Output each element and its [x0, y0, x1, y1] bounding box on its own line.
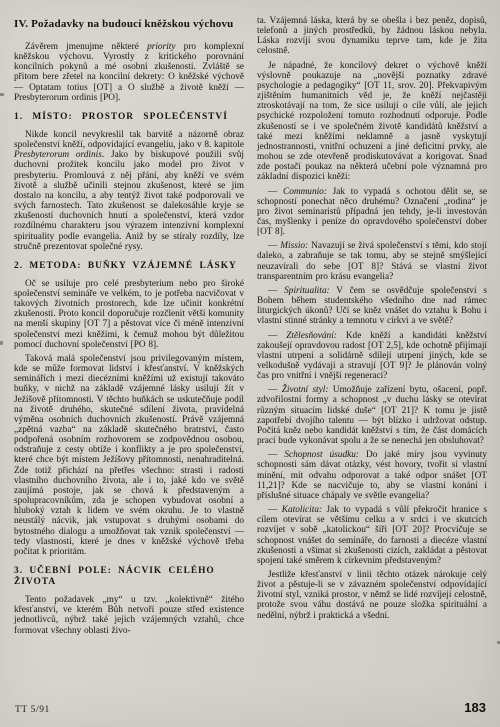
- journal-issue-label: TT 5/91: [15, 705, 50, 715]
- scanned-journal-page: IV. Požadavky na budoucí kněžskou výchov…: [0, 0, 500, 727]
- scan-artifact: [0, 341, 3, 345]
- text-run: Ztělesňování:: [286, 331, 337, 341]
- text-run: —: [268, 286, 284, 296]
- text-run: Spiritualita:: [284, 286, 329, 296]
- text-run: Communio:: [283, 187, 327, 197]
- text-run: —: [268, 241, 280, 251]
- text-run: Je nápadné, že koncilový dekret o výchov…: [257, 61, 487, 183]
- page-footer: TT 5/91 183: [15, 700, 486, 715]
- text-run: Missio:: [280, 241, 308, 251]
- paragraph-misto: Nikde koncil nevykreslil tak barvitě a n…: [14, 130, 244, 252]
- article-title: IV. Požadavky na budoucí kněžskou výchov…: [14, 18, 244, 31]
- text-run: Jestliže křesťanství v linii těchto otáz…: [257, 570, 487, 621]
- text-run: Životní styl:: [282, 385, 329, 395]
- section-heading-1-misto: 1. MÍSTO: PROSTOR SPOLEČENSTVÍ: [14, 112, 244, 123]
- paragraph-metoda-2: Taková malá společenství jsou privilegov…: [14, 354, 244, 557]
- text-run: Umožňuje zařízení bytu, ošacení, popř. z…: [257, 385, 487, 446]
- paragraph-intro: Závěrem jmenujme některé priority pro ko…: [14, 42, 244, 103]
- column-right: ta. Vzájemná láska, která by se obešla i…: [257, 16, 487, 640]
- column-left: IV. Požadavky na budoucí kněžskou výchov…: [14, 16, 244, 640]
- text-run: Závěrem jmenujme některé: [25, 42, 147, 52]
- text-run: . Jako by biskupové použili svůj duchovn…: [14, 150, 244, 251]
- text-run: —: [268, 385, 282, 395]
- paragraph-zaver: Jestliže křesťanství v linii těchto otáz…: [257, 570, 487, 621]
- text-run: priority: [147, 42, 175, 52]
- two-column-text-area: IV. Požadavky na budoucí kněžskou výchov…: [14, 16, 487, 640]
- text-run: —: [268, 450, 284, 460]
- list-item-schopnost-usudku: — Schopnost úsudku: Do jaké míry jsou vy…: [257, 450, 487, 501]
- text-run: Oč se usiluje pro celé presbyterium nebo…: [14, 279, 244, 350]
- text-run: —: [268, 187, 283, 197]
- section-heading-2-metoda: 2. METODA: BUŇKY VZÁJEMNÉ LÁSKY: [14, 261, 244, 272]
- text-run: Taková malá společenství jsou privilegov…: [14, 354, 244, 557]
- section-heading-3-ucebni-pole: 3. UČEBNÍ POLE: NÁCVIK CELÉHO ŽIVOTA: [14, 566, 244, 588]
- list-item-katolicita: — Katolicita: Jak to vypadá s vůlí překr…: [257, 505, 487, 566]
- list-item-ztelesnovani: — Ztělesňování: Kde kněží a kandidáti kn…: [257, 331, 487, 382]
- text-run: Schopnost úsudku:: [284, 450, 359, 460]
- paragraph-continuation: ta. Vzájemná láska, která by se obešla i…: [257, 16, 487, 57]
- text-run: Nikde koncil nevykreslil tak barvitě a n…: [14, 130, 244, 150]
- list-item-missio: — Missio: Navazují se živá společenství …: [257, 241, 487, 282]
- text-run: Tento požadavek „my“ u tzv. „kolektivně“…: [14, 595, 244, 635]
- list-item-spiritualita: — Spiritualita: V čem se osvědčuje spole…: [257, 286, 487, 327]
- text-run: ta. Vzájemná láska, která by se obešla i…: [257, 16, 487, 56]
- paragraph-napadne: Je nápadné, že koncilový dekret o výchov…: [257, 61, 487, 183]
- list-item-zivotni-styl: — Životní styl: Umožňuje zařízení bytu, …: [257, 385, 487, 446]
- scan-artifact: [0, 93, 4, 96]
- text-run: —: [268, 331, 286, 341]
- page-number: 183: [464, 700, 486, 715]
- list-item-communio: — Communio: Jak to vypadá s ochotou děli…: [257, 187, 487, 238]
- text-run: Presbyterorum ordinis: [14, 150, 102, 160]
- text-run: Katolicita:: [282, 505, 322, 515]
- paragraph-ucebni-pole: Tento požadavek „my“ u tzv. „kolektivně“…: [14, 595, 244, 636]
- paragraph-metoda-1: Oč se usiluje pro celé presbyterium nebo…: [14, 279, 244, 350]
- text-run: —: [268, 505, 282, 515]
